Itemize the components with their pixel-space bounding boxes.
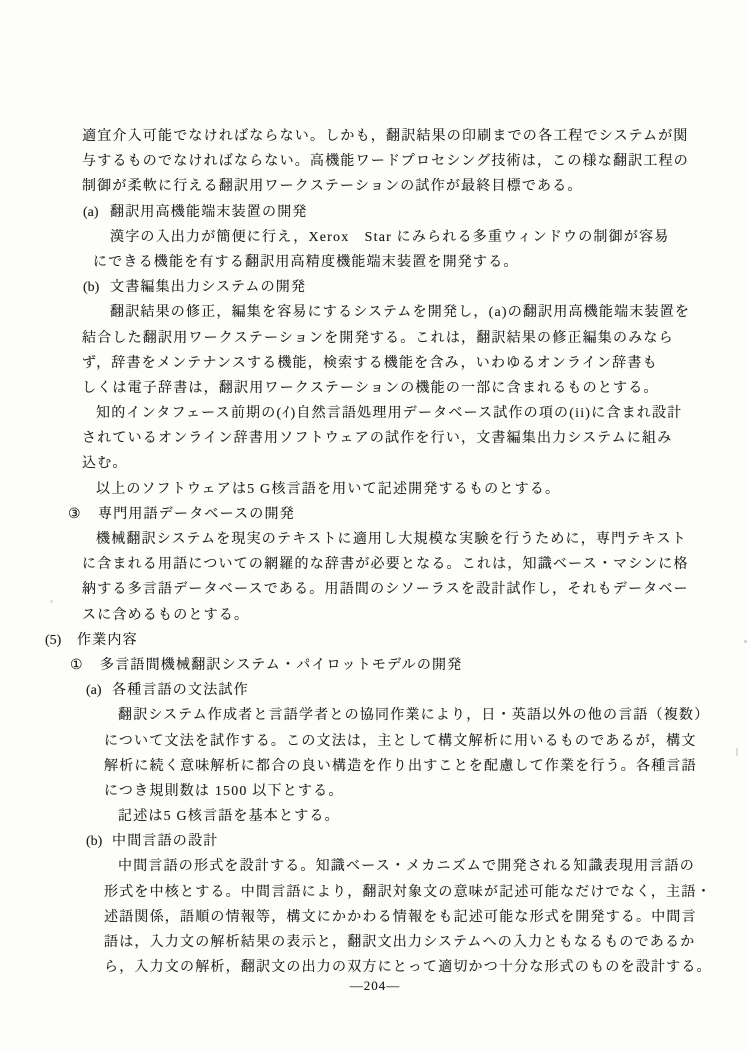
text-line: にできる機能を有する翻訳用高精度機能端末装置を開発する。 — [93, 250, 750, 275]
text-line: 結合した翻訳用ワークステーションを開発する。これは，翻訳結果の修正編集のみなら — [82, 326, 750, 351]
scan-speck — [736, 748, 738, 756]
scan-speck — [50, 600, 53, 603]
text-line: 翻訳システム作成者と言語学者との協同作業により，日・英語以外の他の言語（複数） — [118, 703, 750, 728]
text-line: 納する多言語データベースである。用語間のシソーラスを設計試作し，それもデータベー — [82, 577, 750, 602]
text-line: につき規則数は 1500 以下とする。 — [104, 779, 750, 804]
scan-speck — [744, 640, 747, 643]
item-1-heading: ①多言語間機械翻訳システム・パイロットモデルの開発 — [70, 653, 750, 678]
text-line: 中間言語の形式を設計する。知識ベース・メカニズムで開発される知識表現用言語の — [118, 854, 750, 879]
document-body: 適宜介入可能でなければならない。しかも，翻訳結果の印刷までの各工程でシステムが関… — [0, 124, 750, 980]
text-line: 以上のソフトウェアは5 G核言語を用いて記述開発するものとする。 — [96, 477, 750, 502]
item-5-heading: (5)作業内容 — [45, 628, 750, 653]
text-line: 込む。 — [82, 451, 750, 476]
text-line: について文法を試作する。この文法は，主として構文解析に用いるものであるが，構文 — [104, 729, 750, 754]
item-3-heading: ③専門用語データベースの開発 — [68, 502, 750, 527]
item-label: 作業内容 — [77, 633, 138, 648]
item-label: 専門用語データベースの開発 — [98, 507, 295, 522]
text-line: 知的インタフェース前期の(ｲ)自然言語処理用データベース試作の項の(ii)に含ま… — [96, 401, 750, 426]
text-line: しくは電子辞書は，翻訳用ワークステーションの機能の一部に含まれるものとする。 — [82, 376, 750, 401]
item-b-heading: (b)文書編集出力システムの開発 — [83, 275, 750, 300]
item-label: 翻訳用高機能端末装置の開発 — [110, 205, 308, 220]
item-b2-heading: (b)中間言語の設計 — [86, 829, 750, 854]
item-marker: (a) — [86, 678, 112, 703]
text-line: ら，入力文の解析，翻訳文の出力の双方にとって適切かつ十分な形式のものを設計する。 — [104, 955, 750, 980]
text-line: に含まれる用語についての網羅的な辞書が必要となる。これは，知識ベース・マシンに格 — [82, 552, 750, 577]
item-a-heading: (a)翻訳用高機能端末装置の開発 — [83, 200, 750, 225]
text-line: 与するものでなければならない。高機能ワードプロセシング技術は，この様な翻訳工程の — [82, 149, 750, 174]
text-line: 語は，入力文の解析結果の表示と，翻訳文出力システムへの入力ともなるものであるか — [104, 930, 750, 955]
text-line: 述語関係，語順の情報等，構文にかかわる情報をも記述可能な形式を開発する。中間言 — [104, 905, 750, 930]
text-line: 適宜介入可能でなければならない。しかも，翻訳結果の印刷までの各工程でシステムが関 — [82, 124, 750, 149]
item-marker: (a) — [83, 200, 110, 225]
text-line: スに含めるものとする。 — [82, 603, 750, 628]
document-page: 適宜介入可能でなければならない。しかも，翻訳結果の印刷までの各工程でシステムが関… — [0, 0, 750, 1054]
item-marker: ① — [70, 653, 100, 678]
item-marker: ③ — [68, 502, 98, 527]
text-line: 翻訳結果の修正，編集を容易にするシステムを開発し，(a)の翻訳用高機能端末装置を — [110, 300, 750, 325]
text-line: ず，辞書をメンテナンスする機能，検索する機能を含み，いわゆるオンライン辞書も — [82, 351, 750, 376]
item-marker: (5) — [45, 628, 77, 653]
item-a2-heading: (a)各種言語の文法試作 — [86, 678, 750, 703]
page-number: —204— — [0, 978, 750, 994]
item-label: 中間言語の設計 — [112, 834, 218, 849]
item-label: 文書編集出力システムの開発 — [110, 280, 306, 295]
text-line: 形式を中核とする。中間言語により，翻訳対象文の意味が記述可能なだけでなく，主語・ — [104, 880, 750, 905]
text-line: 解析に続く意味解析に都合の良い構造を作り出すことを配慮して作業を行う。各種言語 — [104, 754, 750, 779]
text-line: 制御が柔軟に行える翻訳用ワークステーションの試作が最終目標である。 — [82, 174, 750, 199]
item-marker: (b) — [83, 275, 110, 300]
item-marker: (b) — [86, 829, 112, 854]
text-line: 機械翻訳システムを現実のテキストに適用し大規模な実験を行うために，専門テキスト — [96, 527, 750, 552]
text-line: 漢字の入出力が簡便に行え，Xerox Star にみられる多重ウィンドウの制御が… — [110, 225, 750, 250]
item-label: 多言語間機械翻訳システム・パイロットモデルの開発 — [100, 658, 462, 673]
item-label: 各種言語の文法試作 — [112, 683, 249, 698]
text-line: 記述は5 G核言語を基本とする。 — [118, 804, 750, 829]
text-line: されているオンライン辞書用ソフトウェアの試作を行い，文書編集出力システムに組み — [82, 426, 750, 451]
